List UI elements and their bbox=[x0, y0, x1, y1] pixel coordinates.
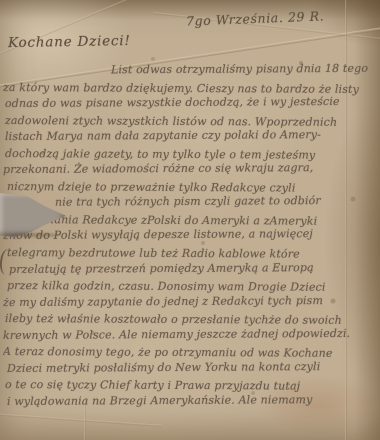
letter-line: odnas do was pisane wszystkie dochodzą, … bbox=[3, 94, 379, 113]
letter-line: nie tra tych różnych pism czyli gazet to… bbox=[3, 193, 379, 212]
letter-line: List odwas otrzymaliśmy pisany dnia 18 t… bbox=[3, 61, 379, 80]
letter-line: Dzieci metryki posłaliśmy do New Yorku n… bbox=[3, 359, 379, 378]
letter-line: że my daliśmy zapytanie do jednej z Reda… bbox=[3, 292, 379, 311]
tear-shadow bbox=[2, 233, 60, 237]
paper-specks bbox=[0, 0, 2, 2]
letter-line: listach Marya nam dała zapytanie czy pol… bbox=[3, 127, 379, 146]
letter-paper: 7go Września. 29 R. Kochane Dzieci! List… bbox=[0, 0, 380, 440]
letter-line: znów do Polski wysyłają depesze listowne… bbox=[3, 226, 379, 245]
letter-line: i wylądowania na Brzegi Amerykańskie. Al… bbox=[3, 392, 379, 411]
letter-line: krewnych w Polsce. Ale niemamy jeszcze ż… bbox=[3, 325, 379, 344]
date-line: 7go Września. 29 R. bbox=[186, 8, 325, 28]
letter-line: przelatują tę przestrzeń pomiędzy Ameryk… bbox=[3, 259, 379, 278]
paper-crease bbox=[0, 413, 162, 427]
paper-crease bbox=[0, 0, 174, 63]
salutation: Kochane Dzieci! bbox=[8, 33, 131, 51]
letter-body: List odwas otrzymaliśmy pisany dnia 18 t… bbox=[3, 63, 379, 410]
letter-line: przekonani. Że wiadomości różne co się w… bbox=[3, 160, 379, 179]
